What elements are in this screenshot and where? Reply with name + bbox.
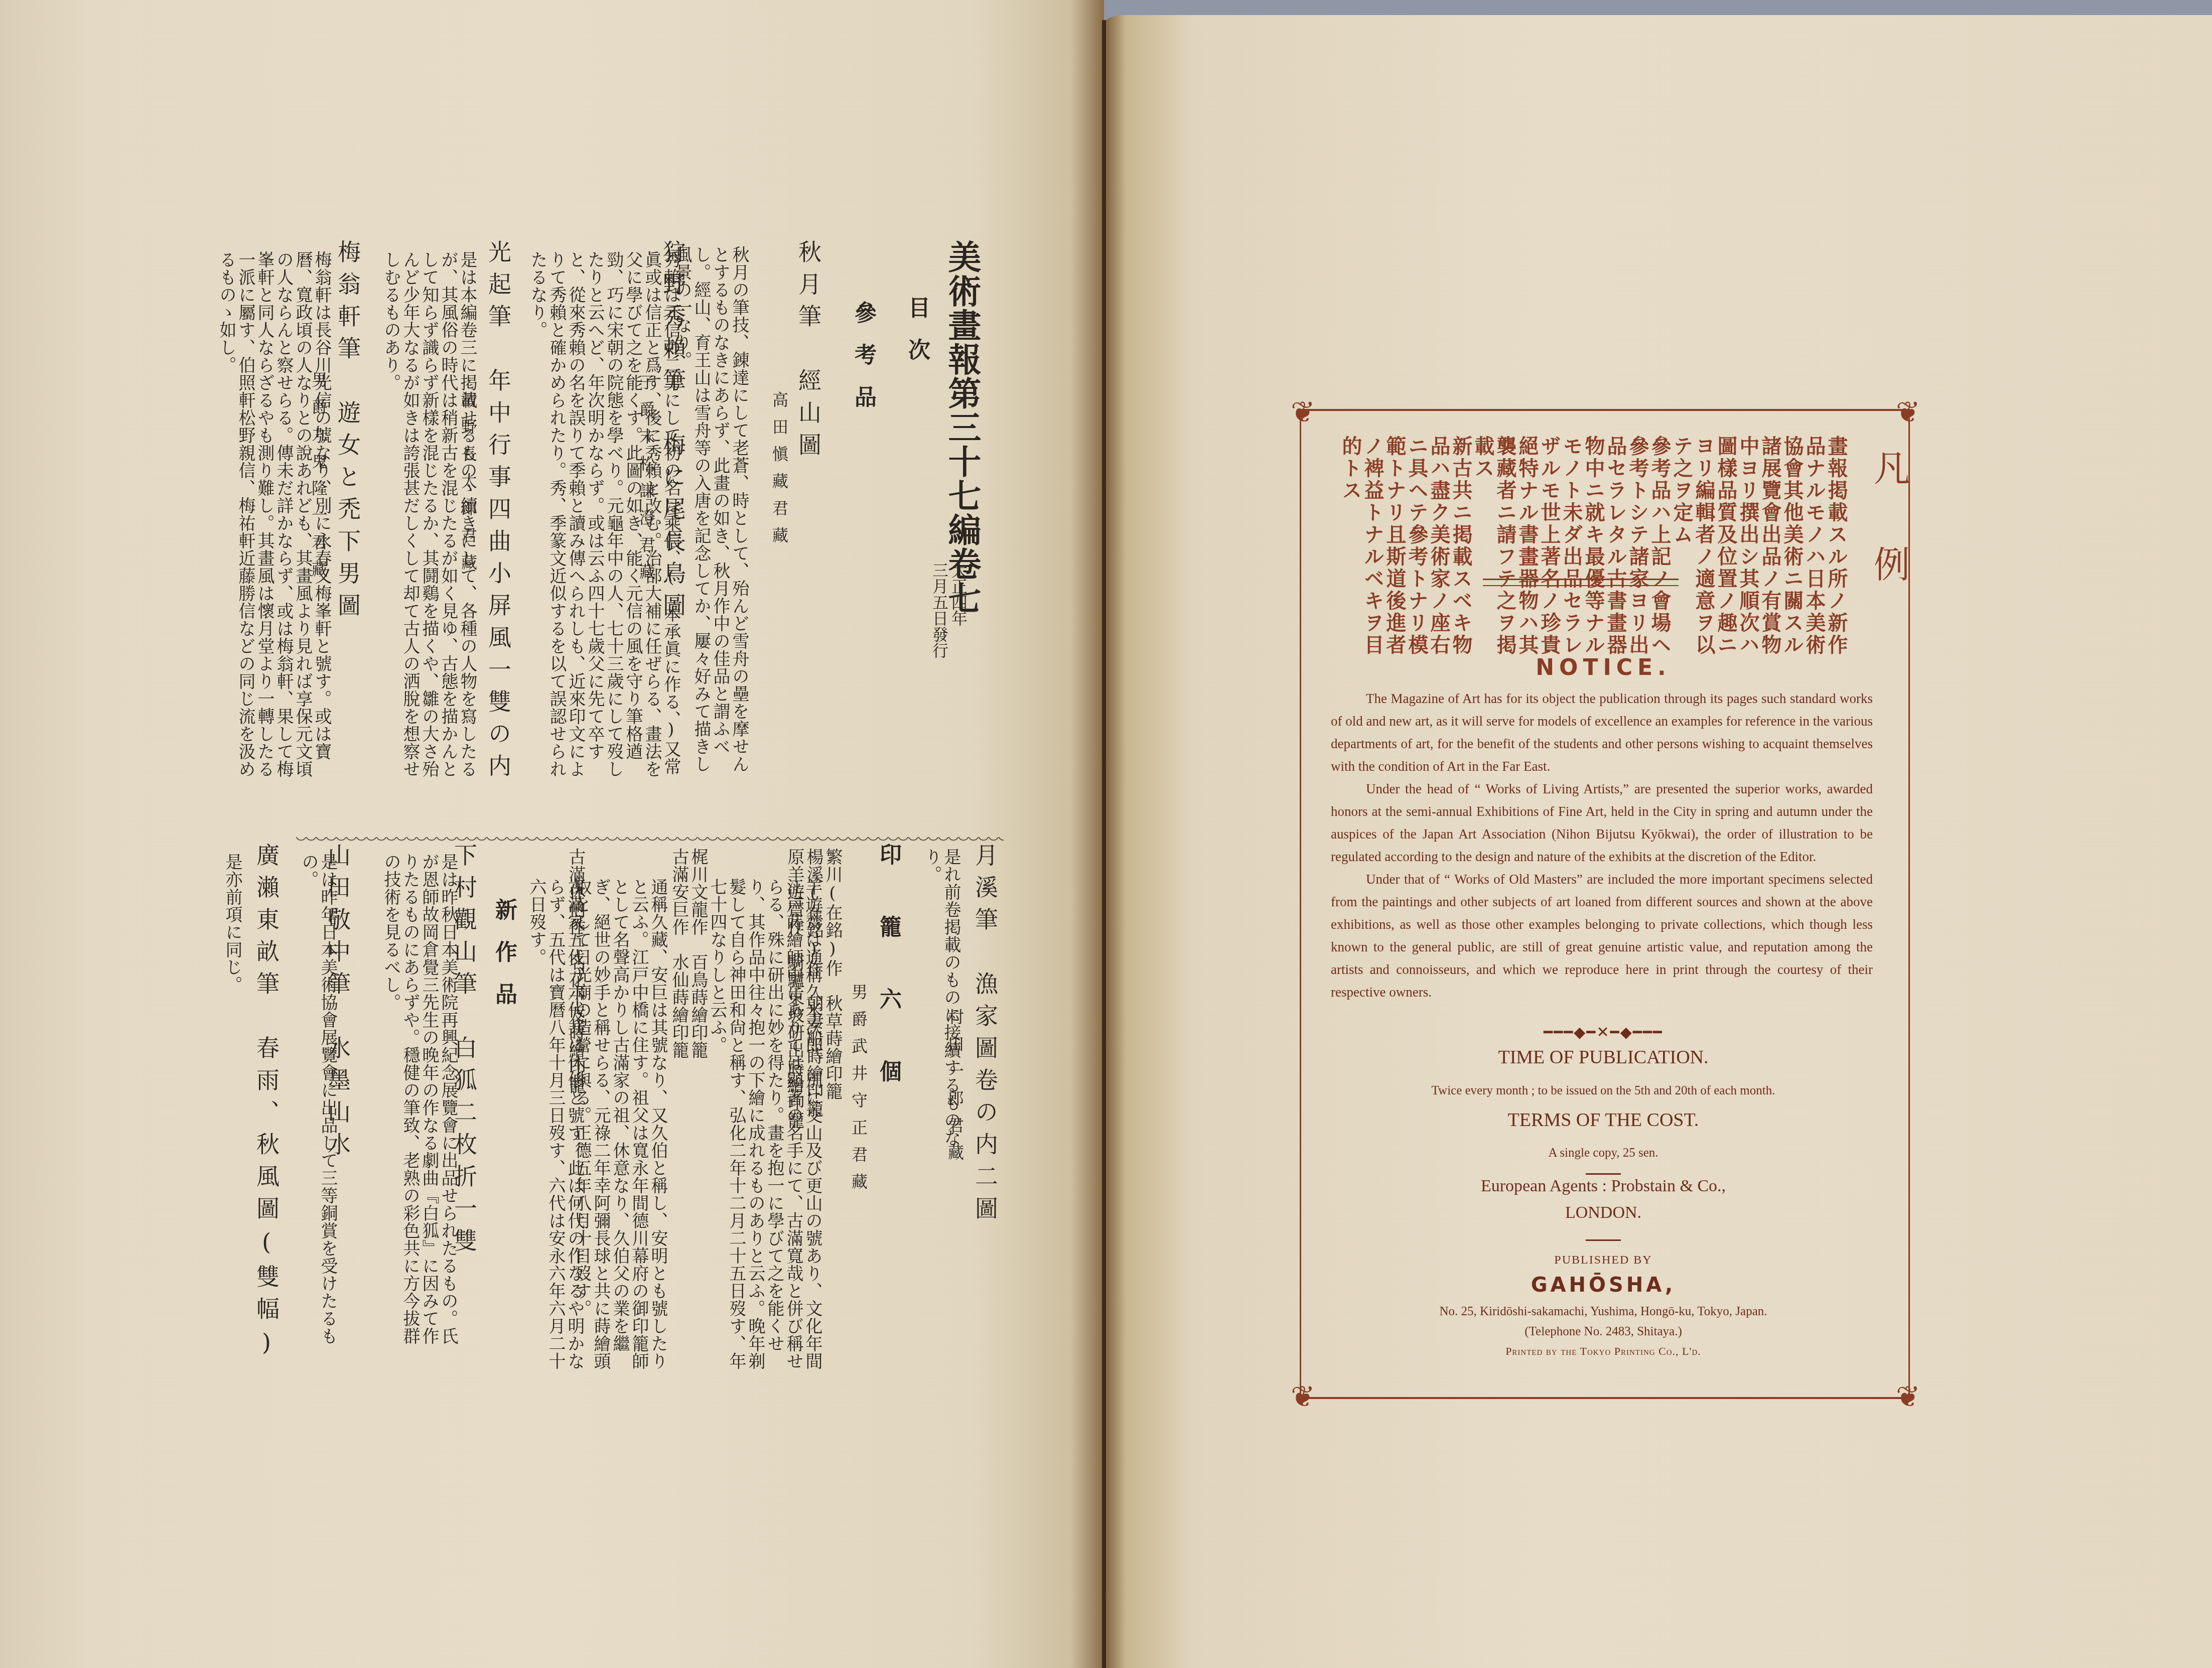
publisher-name: GAHŌSHA, xyxy=(1300,1274,1907,1297)
hanrei-title: 凡例 xyxy=(1863,449,1915,642)
time-of-publication-heading: TIME OF PUBLICATION. xyxy=(1300,1046,1907,1068)
reference-heading: 參考品 xyxy=(847,301,879,428)
european-agents: European Agents : Probstain & Co., xyxy=(1300,1177,1907,1196)
book-spread: 美術畫報第三十七編卷七 大正四年 三月五日發行 目次 參考品 秋月筆 經山圖 高… xyxy=(0,0,2212,1668)
published-by-label: PUBLISHED BY xyxy=(1300,1254,1907,1267)
inro-item-description: 古滿家五代、六代共に休伯と號す。此は何代の作なるや明かならず、五代は寶曆八年十月… xyxy=(527,878,584,1380)
short-rule xyxy=(1300,1234,1907,1243)
toc-item-title: 光起筆 年中行事四曲小屏風一雙の内 xyxy=(482,240,515,786)
ornament-corner-icon: ❦ xyxy=(1896,1385,1919,1408)
terms-of-cost-text: A single copy, 25 sen. xyxy=(1300,1146,1907,1160)
toc-item-owner: 高田愼藏君藏 xyxy=(768,391,791,554)
hanrei-column: 的トス xyxy=(1337,436,1364,502)
fleuron-divider-icon: ━━━◆━✕━◆━━━ xyxy=(1300,1024,1907,1041)
ornament-corner-icon: ❦ xyxy=(1896,400,1919,424)
time-of-publication-text: Twice every month ; to be issued on the … xyxy=(1300,1084,1907,1098)
ornament-corner-icon: ❦ xyxy=(1291,400,1314,424)
publisher-address: No. 25, Kiridōshi-sakamachi, Yushima, Ho… xyxy=(1300,1305,1907,1319)
inro-item-title: 古滿安巨作 水仙蒔繪印籠 xyxy=(669,848,688,1129)
book-gutter xyxy=(1102,20,1106,1668)
toc-item-title: 月溪筆 漁家圖卷の内二圖 xyxy=(969,843,1002,1228)
notice-paragraph: Under the head of “ Works of Living Arti… xyxy=(1331,778,1873,868)
toc-item-description: 是は昨秋日本美術院再興紀念展覽會に出品せられたるもの。氏が恩師故岡倉覺三先生の晚… xyxy=(381,853,458,1355)
inro-item-title: 梶川文龍作 百鳥蒔繪印籠 xyxy=(688,848,708,1129)
toc-item-title: 梅翁軒筆 遊女と禿下男圖 xyxy=(331,240,364,625)
new-works-heading: 新作品 xyxy=(488,898,520,1025)
issue-date-line1: 大正四年 xyxy=(948,562,969,626)
notice-body: The Magazine of Art has for its object t… xyxy=(1331,687,1873,1004)
toc-item-description: 是は昨年日本美術協會展覽會に出品して三等銅賞を受けたるもの。 xyxy=(299,853,337,1355)
notice-paragraph: The Magazine of Art has for its object t… xyxy=(1331,687,1873,778)
publisher-telephone: (Telephone No. 2483, Shitaya.) xyxy=(1300,1325,1907,1339)
toc-item-description: 是れ前卷掲載のものに接續するものなり。 xyxy=(922,848,960,1149)
toc-item-description: 是亦前項に同じ。 xyxy=(223,853,242,1355)
inro-item-title: 繁川(在銘)作 秋草蒔繪印籠 xyxy=(823,848,842,1129)
inro-owner: 男爵武井守正君藏 xyxy=(847,984,870,1200)
notice-paragraph: Under that of “ Works of Old Masters” ar… xyxy=(1331,868,1873,1004)
toc-item-description: 秀賴は元信の二男にして初の名は乘信、(一本承眞に作る、)又常眞或は信正と爲す、後… xyxy=(528,251,680,788)
toc-heading: 目次 xyxy=(901,296,933,380)
toc-item-title: 廣瀨東畝筆 春雨、秋風圖(雙幅) xyxy=(250,843,283,1365)
inro-item-description: 羊遊齋は通稱久米次郎、別に交山及び更山の號あり、文化年間江戸蒔繪師中にありては顯… xyxy=(708,878,822,1380)
toc-item-description: 梅翁軒は長谷川光信の號なり、別に永春又梅峯軒と號す。或は寶曆、寬政頃の人なりとの… xyxy=(217,251,331,788)
double-rule-divider xyxy=(1483,579,1679,586)
magazine-title: 美術畫報第三十七編卷七 xyxy=(938,240,986,615)
ornament-corner-icon: ❦ xyxy=(1291,1385,1314,1408)
agents-city: LONDON. xyxy=(1300,1203,1907,1222)
printer-credit: Printed by the Tokyo Printing Co., L'd. xyxy=(1300,1345,1907,1358)
issue-date-line2: 三月五日發行 xyxy=(929,562,949,658)
terms-of-cost-heading: TERMS OF THE COST. xyxy=(1300,1109,1907,1131)
short-rule xyxy=(1300,1168,1907,1177)
toc-item-title: 秋月筆 經山圖 xyxy=(792,240,825,465)
toc-item-description: 是は本編卷三に掲載せるものゝ續きにして、各種の人物を寫したるが、其風俗の時代は稍… xyxy=(381,251,477,788)
notice-title: NOTICE. xyxy=(1300,655,1907,680)
inro-item-description: 通稱久藏、安巨は其號なり、又久伯と稱し、安明とも號したりと云ふ。江戸中橋に住す。… xyxy=(572,878,667,1380)
inro-heading: 印籠六個 xyxy=(872,843,904,1132)
